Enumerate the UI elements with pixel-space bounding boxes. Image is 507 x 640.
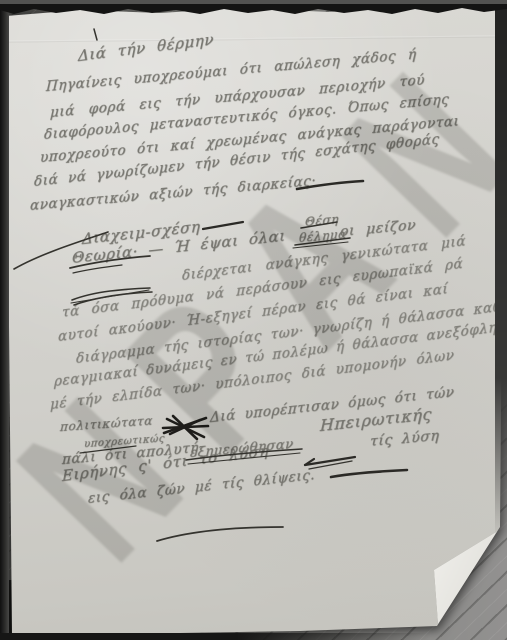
tick-mark <box>94 29 97 40</box>
paper-wrapper: Διά τήν θέρμην Πηγαίνεις υποχρεούμαι ότι… <box>0 0 507 640</box>
manuscript-paper: Διά τήν θέρμην Πηγαίνεις υποχρεούμαι ότι… <box>0 0 507 640</box>
photo-left-margin <box>0 0 9 640</box>
photo-bottom-margin <box>0 633 430 640</box>
dash-rule <box>331 470 407 477</box>
arrow-strike-mark <box>309 461 352 469</box>
scanned-manuscript-photo: Διά τήν θέρμην Πηγαίνεις υποχρεούμαι ότι… <box>0 0 507 640</box>
photo-right-margin <box>495 0 507 540</box>
